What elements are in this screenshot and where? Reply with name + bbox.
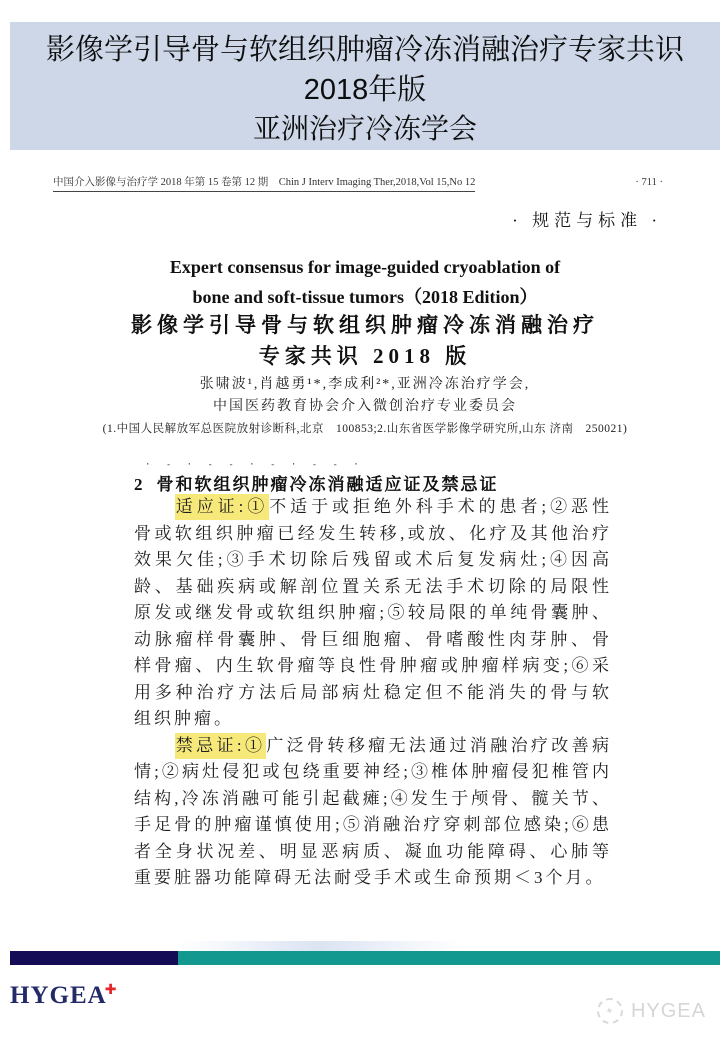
indications-highlight: 适应证:① xyxy=(175,494,269,520)
bar-highlight-streak xyxy=(180,941,460,951)
section-heading: 2骨和软组织肿瘤冷冻消融适应证及禁忌证 xyxy=(134,470,624,495)
banner-title: 影像学引导骨与软组织肿瘤冷冻消融治疗专家共识 xyxy=(10,30,720,70)
title-en-line2: bone and soft-tissue tumors（2018 Edition… xyxy=(18,282,712,312)
article-title-chinese: 影像学引导骨与软组织肿瘤冷冻消融治疗 专家共识 2018 版 xyxy=(18,310,712,372)
banner-edition: 2018年版 xyxy=(10,70,720,110)
watermark: ✦ HYGEA xyxy=(597,998,706,1024)
cropped-text-remnant: · ‐ · ‐ ‐ · ‐ · ‐ ‐ · ‐ · xyxy=(145,460,365,468)
contraindications-highlight: 禁忌证:① xyxy=(175,733,267,759)
section-number: 2 xyxy=(134,475,143,494)
indications-text: 不适于或拒绝外科手术的患者;②恶性骨或软组织肿瘤已经发生转移,或放、化疗及其他治… xyxy=(134,497,612,728)
authors-line1: 张啸波¹,肖越勇¹*,李成利²*,亚洲冷冻治疗学会, xyxy=(18,374,712,396)
contraindications-text: 广泛骨转移瘤无法通过消融治疗改善病情;②病灶侵犯或包绕重要神经;③椎体肿瘤侵犯椎… xyxy=(134,736,612,888)
banner-society: 亚洲治疗冷冻学会 xyxy=(10,110,720,148)
affiliations: (1.中国人民解放军总医院放射诊断科,北京 100853;2.山东省医学影像学研… xyxy=(18,420,712,436)
title-cn-line1: 影像学引导骨与软组织肿瘤冷冻消融治疗 xyxy=(18,310,712,341)
column-tag: · 规范与标准 · xyxy=(512,206,662,231)
title-en-line1: Expert consensus for image-guided cryoab… xyxy=(18,252,712,282)
indications-paragraph: 适应证:①不适于或拒绝外科手术的患者;②恶性骨或软组织肿瘤已经发生转移,或放、化… xyxy=(134,494,612,733)
article-image: 影像学引导骨与软组织肿瘤冷冻消融治疗专家共识 2018年版 亚洲治疗冷冻学会 中… xyxy=(0,0,720,1040)
title-cn-line2: 专家共识 2018 版 xyxy=(18,341,712,372)
article-body: 适应证:①不适于或拒绝外科手术的患者;②恶性骨或软组织肿瘤已经发生转移,或放、化… xyxy=(134,494,612,892)
watermark-text: HYGEA xyxy=(631,1000,706,1023)
banner: 影像学引导骨与软组织肿瘤冷冻消融治疗专家共识 2018年版 亚洲治疗冷冻学会 xyxy=(10,22,720,150)
footer-bar-navy xyxy=(10,951,178,965)
red-cross-icon: ✚ xyxy=(105,982,118,998)
page-number: · 711 · xyxy=(635,177,663,188)
contraindications-paragraph: 禁忌证:①广泛骨转移瘤无法通过消融治疗改善病情;②病灶侵犯或包绕重要神经;③椎体… xyxy=(134,733,612,892)
hygea-logo: HYGEA✚ xyxy=(10,982,117,1010)
article-title-english: Expert consensus for image-guided cryoab… xyxy=(18,252,712,312)
journal-header-row: 中国介入影像与治疗学 2018 年第 15 卷第 12 期 Chin J Int… xyxy=(53,174,663,192)
authors-line2: 中国医药教育协会介入微创治疗专业委员会 xyxy=(18,396,712,418)
hygea-logo-text: HYGEA xyxy=(10,982,107,1009)
authors: 张啸波¹,肖越勇¹*,李成利²*,亚洲冷冻治疗学会, 中国医药教育协会介入微创治… xyxy=(18,374,712,418)
watermark-badge-icon: ✦ xyxy=(594,995,626,1027)
footer-bar-teal xyxy=(178,951,720,965)
section-title: 骨和软组织肿瘤冷冻消融适应证及禁忌证 xyxy=(157,475,499,494)
journal-citation: 中国介入影像与治疗学 2018 年第 15 卷第 12 期 Chin J Int… xyxy=(53,174,475,192)
